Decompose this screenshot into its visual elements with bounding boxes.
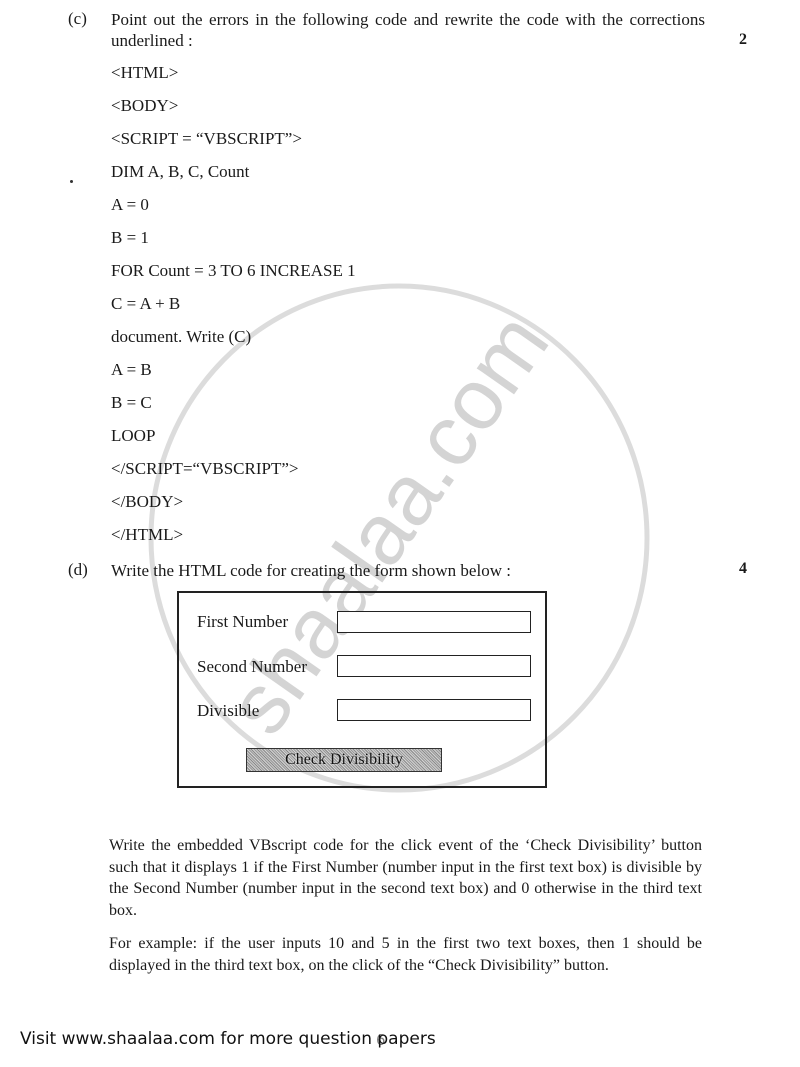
question-c-text: Point out the errors in the following co… xyxy=(111,9,705,51)
code-line: document. Write (C) xyxy=(111,327,251,347)
second-number-input[interactable] xyxy=(337,655,531,677)
second-number-label: Second Number xyxy=(197,657,307,677)
code-line: FOR Count = 3 TO 6 INCREASE 1 xyxy=(111,261,356,281)
code-line: </BODY> xyxy=(111,492,183,512)
code-line: C = A + B xyxy=(111,294,180,314)
check-divisibility-button[interactable]: Check Divisibility xyxy=(246,748,442,772)
question-c-label: (c) xyxy=(68,9,87,29)
code-line: DIM A, B, C, Count xyxy=(111,162,249,182)
code-line: B = 1 xyxy=(111,228,149,248)
code-line: LOOP xyxy=(111,426,155,446)
code-line: <SCRIPT = “VBSCRIPT”> xyxy=(111,129,302,149)
question-d-text: Write the HTML code for creating the for… xyxy=(111,560,511,581)
page-number: 6 xyxy=(376,1031,386,1049)
scan-speck xyxy=(70,180,73,183)
first-number-input[interactable] xyxy=(337,611,531,633)
code-line: A = B xyxy=(111,360,152,380)
code-line: </SCRIPT=“VBSCRIPT”> xyxy=(111,459,298,479)
divisible-output[interactable] xyxy=(337,699,531,721)
divisible-label: Divisible xyxy=(197,701,259,721)
question-c-marks: 2 xyxy=(739,31,747,49)
example-paragraph: For example: if the user inputs 10 and 5… xyxy=(109,933,702,976)
question-d-label: (d) xyxy=(68,560,88,580)
code-line: <HTML> xyxy=(111,63,178,83)
code-line: <BODY> xyxy=(111,96,178,116)
instruction-paragraph: Write the embedded VBscript code for the… xyxy=(109,835,702,921)
divisibility-form-figure: First Number Second Number Divisible Che… xyxy=(177,591,547,788)
code-line: B = C xyxy=(111,393,152,413)
footer-text: Visit www.shaalaa.com for more question … xyxy=(20,1029,436,1049)
code-line: </HTML> xyxy=(111,525,183,545)
question-d-marks: 4 xyxy=(739,560,747,578)
first-number-label: First Number xyxy=(197,612,288,632)
code-line: A = 0 xyxy=(111,195,149,215)
